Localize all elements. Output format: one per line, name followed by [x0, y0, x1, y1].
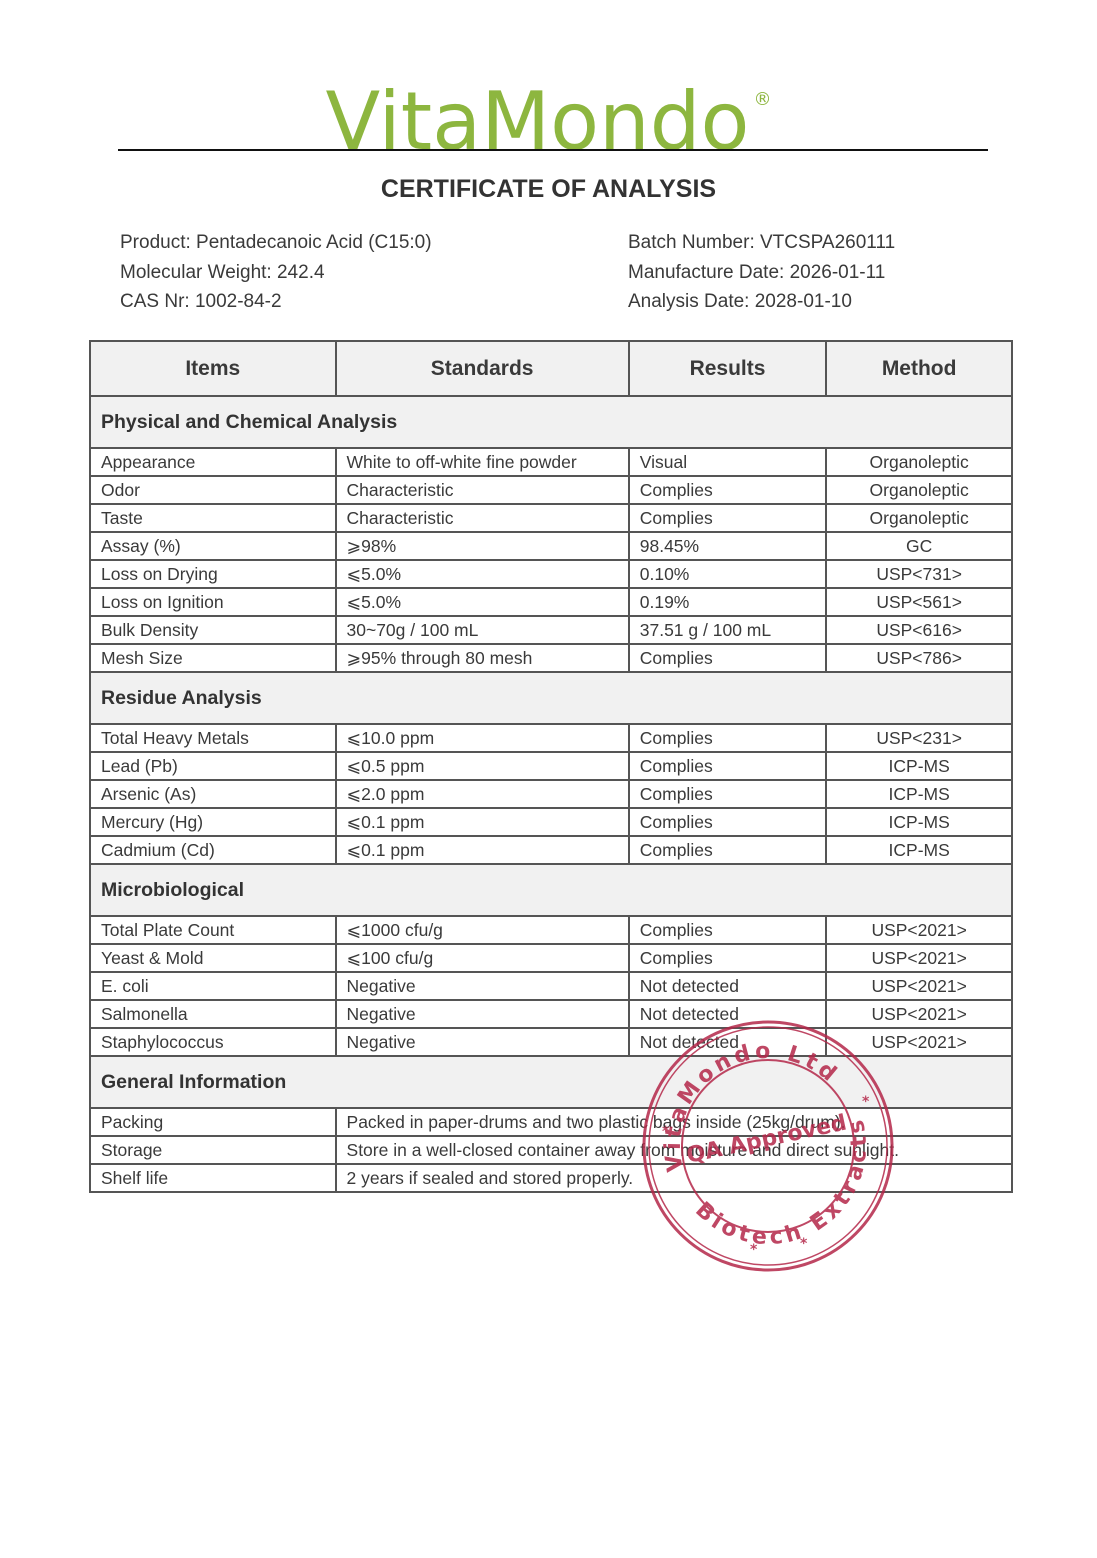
method-cell: USP<2021> — [826, 944, 1012, 972]
method-cell: USP<561> — [826, 588, 1012, 616]
table-row: StorageStore in a well-closed container … — [90, 1136, 1012, 1164]
header-method: Method — [826, 341, 1012, 396]
batch-number: Batch Number: VTCSPA260111 — [628, 228, 895, 258]
method-cell: Organoleptic — [826, 448, 1012, 476]
table-row: Mercury (Hg)⩽0.1 ppmCompliesICP-MS — [90, 808, 1012, 836]
result-cell: Complies — [629, 916, 827, 944]
item-cell: Taste — [90, 504, 336, 532]
table-row: E. coliNegativeNot detectedUSP<2021> — [90, 972, 1012, 1000]
table-row: Arsenic (As)⩽2.0 ppmCompliesICP-MS — [90, 780, 1012, 808]
item-cell: Yeast & Mold — [90, 944, 336, 972]
result-cell: Not detected — [629, 1000, 827, 1028]
standard-cell: ⩽5.0% — [336, 560, 629, 588]
header-results: Results — [629, 341, 827, 396]
standard-cell: ⩽100 cfu/g — [336, 944, 629, 972]
item-cell: E. coli — [90, 972, 336, 1000]
section-title: General Information — [90, 1056, 1012, 1108]
svg-text:*: * — [800, 1236, 808, 1252]
table-row: Cadmium (Cd)⩽0.1 ppmCompliesICP-MS — [90, 836, 1012, 864]
table-row: Yeast & Mold⩽100 cfu/gCompliesUSP<2021> — [90, 944, 1012, 972]
brand-name: VitaMondo — [326, 75, 750, 168]
method-cell: Organoleptic — [826, 476, 1012, 504]
item-cell: Storage — [90, 1136, 336, 1164]
method-cell: USP<2021> — [826, 972, 1012, 1000]
item-cell: Lead (Pb) — [90, 752, 336, 780]
item-cell: Salmonella — [90, 1000, 336, 1028]
document-title: CERTIFICATE OF ANALYSIS — [0, 175, 1097, 204]
item-cell: Staphylococcus — [90, 1028, 336, 1056]
table-row: StaphylococcusNegativeNot detectedUSP<20… — [90, 1028, 1012, 1056]
section-title: Microbiological — [90, 864, 1012, 916]
method-cell: ICP-MS — [826, 808, 1012, 836]
result-cell: Complies — [629, 780, 827, 808]
item-cell: Mesh Size — [90, 644, 336, 672]
result-cell: Visual — [629, 448, 827, 476]
item-cell: Cadmium (Cd) — [90, 836, 336, 864]
info-cell: 2 years if sealed and stored properly. — [336, 1164, 1012, 1192]
analysis-date: Analysis Date: 2028-01-10 — [628, 287, 895, 317]
result-cell: Complies — [629, 944, 827, 972]
info-cell: Packed in paper-drums and two plastic ba… — [336, 1108, 1012, 1136]
result-cell: Complies — [629, 836, 827, 864]
method-cell: USP<786> — [826, 644, 1012, 672]
table-row: TasteCharacteristicCompliesOrganoleptic — [90, 504, 1012, 532]
method-cell: USP<231> — [826, 724, 1012, 752]
standard-cell: ⩽0.5 ppm — [336, 752, 629, 780]
section-title: Residue Analysis — [90, 672, 1012, 724]
standard-cell: Negative — [336, 1028, 629, 1056]
section-header: Microbiological — [90, 864, 1012, 916]
standard-cell: Negative — [336, 972, 629, 1000]
molecular-weight: Molecular Weight: 242.4 — [120, 258, 432, 288]
standard-cell: ⩽0.1 ppm — [336, 808, 629, 836]
brand-logo: VitaMondo® — [0, 52, 1097, 170]
table-row: OdorCharacteristicCompliesOrganoleptic — [90, 476, 1012, 504]
section-header: General Information — [90, 1056, 1012, 1108]
result-cell: Not detected — [629, 1028, 827, 1056]
result-cell: Complies — [629, 476, 827, 504]
result-cell: Complies — [629, 808, 827, 836]
section-title: Physical and Chemical Analysis — [90, 396, 1012, 448]
svg-text:*: * — [750, 1242, 758, 1258]
item-cell: Loss on Drying — [90, 560, 336, 588]
table-row: Loss on Ignition⩽5.0%0.19%USP<561> — [90, 588, 1012, 616]
method-cell: USP<2021> — [826, 1000, 1012, 1028]
method-cell: GC — [826, 532, 1012, 560]
item-cell: Bulk Density — [90, 616, 336, 644]
method-cell: USP<731> — [826, 560, 1012, 588]
info-cell: Store in a well-closed container away fr… — [336, 1136, 1012, 1164]
table-row: Lead (Pb)⩽0.5 ppmCompliesICP-MS — [90, 752, 1012, 780]
header-items: Items — [90, 341, 336, 396]
standard-cell: 30~70g / 100 mL — [336, 616, 629, 644]
table-row: AppearanceWhite to off-white fine powder… — [90, 448, 1012, 476]
registered-mark: ® — [753, 89, 771, 110]
result-cell: Complies — [629, 724, 827, 752]
result-cell: 98.45% — [629, 532, 827, 560]
table-row: Bulk Density30~70g / 100 mL37.51 g / 100… — [90, 616, 1012, 644]
table-row: PackingPacked in paper-drums and two pla… — [90, 1108, 1012, 1136]
method-cell: USP<616> — [826, 616, 1012, 644]
section-header: Physical and Chemical Analysis — [90, 396, 1012, 448]
table-row: Assay (%)⩾98%98.45%GC — [90, 532, 1012, 560]
table-row: Total Plate Count⩽1000 cfu/gCompliesUSP<… — [90, 916, 1012, 944]
header-divider — [118, 149, 988, 151]
standard-cell: Characteristic — [336, 476, 629, 504]
standard-cell: ⩽2.0 ppm — [336, 780, 629, 808]
table-row: Shelf life2 years if sealed and stored p… — [90, 1164, 1012, 1192]
standard-cell: ⩽0.1 ppm — [336, 836, 629, 864]
standard-cell: Characteristic — [336, 504, 629, 532]
product-info-right: Batch Number: VTCSPA260111 Manufacture D… — [628, 228, 895, 317]
method-cell: ICP-MS — [826, 836, 1012, 864]
standard-cell: Negative — [336, 1000, 629, 1028]
analysis-table: Items Standards Results Method Physical … — [89, 340, 1013, 1193]
method-cell: ICP-MS — [826, 780, 1012, 808]
standard-cell: ⩽1000 cfu/g — [336, 916, 629, 944]
table-header-row: Items Standards Results Method — [90, 341, 1012, 396]
standard-cell: ⩽10.0 ppm — [336, 724, 629, 752]
method-cell: USP<2021> — [826, 1028, 1012, 1056]
standard-cell: White to off-white fine powder — [336, 448, 629, 476]
result-cell: Complies — [629, 504, 827, 532]
item-cell: Total Plate Count — [90, 916, 336, 944]
result-cell: 37.51 g / 100 mL — [629, 616, 827, 644]
item-cell: Mercury (Hg) — [90, 808, 336, 836]
item-cell: Odor — [90, 476, 336, 504]
item-cell: Packing — [90, 1108, 336, 1136]
method-cell: Organoleptic — [826, 504, 1012, 532]
item-cell: Loss on Ignition — [90, 588, 336, 616]
result-cell: 0.10% — [629, 560, 827, 588]
standard-cell: ⩾95% through 80 mesh — [336, 644, 629, 672]
method-cell: ICP-MS — [826, 752, 1012, 780]
item-cell: Arsenic (As) — [90, 780, 336, 808]
standard-cell: ⩽5.0% — [336, 588, 629, 616]
item-cell: Shelf life — [90, 1164, 336, 1192]
table-row: Loss on Drying⩽5.0%0.10%USP<731> — [90, 560, 1012, 588]
result-cell: Complies — [629, 644, 827, 672]
cas-number: CAS Nr: 1002-84-2 — [120, 287, 432, 317]
table-row: Mesh Size⩾95% through 80 meshCompliesUSP… — [90, 644, 1012, 672]
product-name: Product: Pentadecanoic Acid (C15:0) — [120, 228, 432, 258]
result-cell: Complies — [629, 752, 827, 780]
product-info-left: Product: Pentadecanoic Acid (C15:0) Mole… — [120, 228, 432, 317]
item-cell: Total Heavy Metals — [90, 724, 336, 752]
result-cell: Not detected — [629, 972, 827, 1000]
result-cell: 0.19% — [629, 588, 827, 616]
manufacture-date: Manufacture Date: 2026-01-11 — [628, 258, 895, 288]
table-row: Total Heavy Metals⩽10.0 ppmCompliesUSP<2… — [90, 724, 1012, 752]
item-cell: Assay (%) — [90, 532, 336, 560]
table-row: SalmonellaNegativeNot detectedUSP<2021> — [90, 1000, 1012, 1028]
method-cell: USP<2021> — [826, 916, 1012, 944]
item-cell: Appearance — [90, 448, 336, 476]
header-standards: Standards — [336, 341, 629, 396]
section-header: Residue Analysis — [90, 672, 1012, 724]
standard-cell: ⩾98% — [336, 532, 629, 560]
